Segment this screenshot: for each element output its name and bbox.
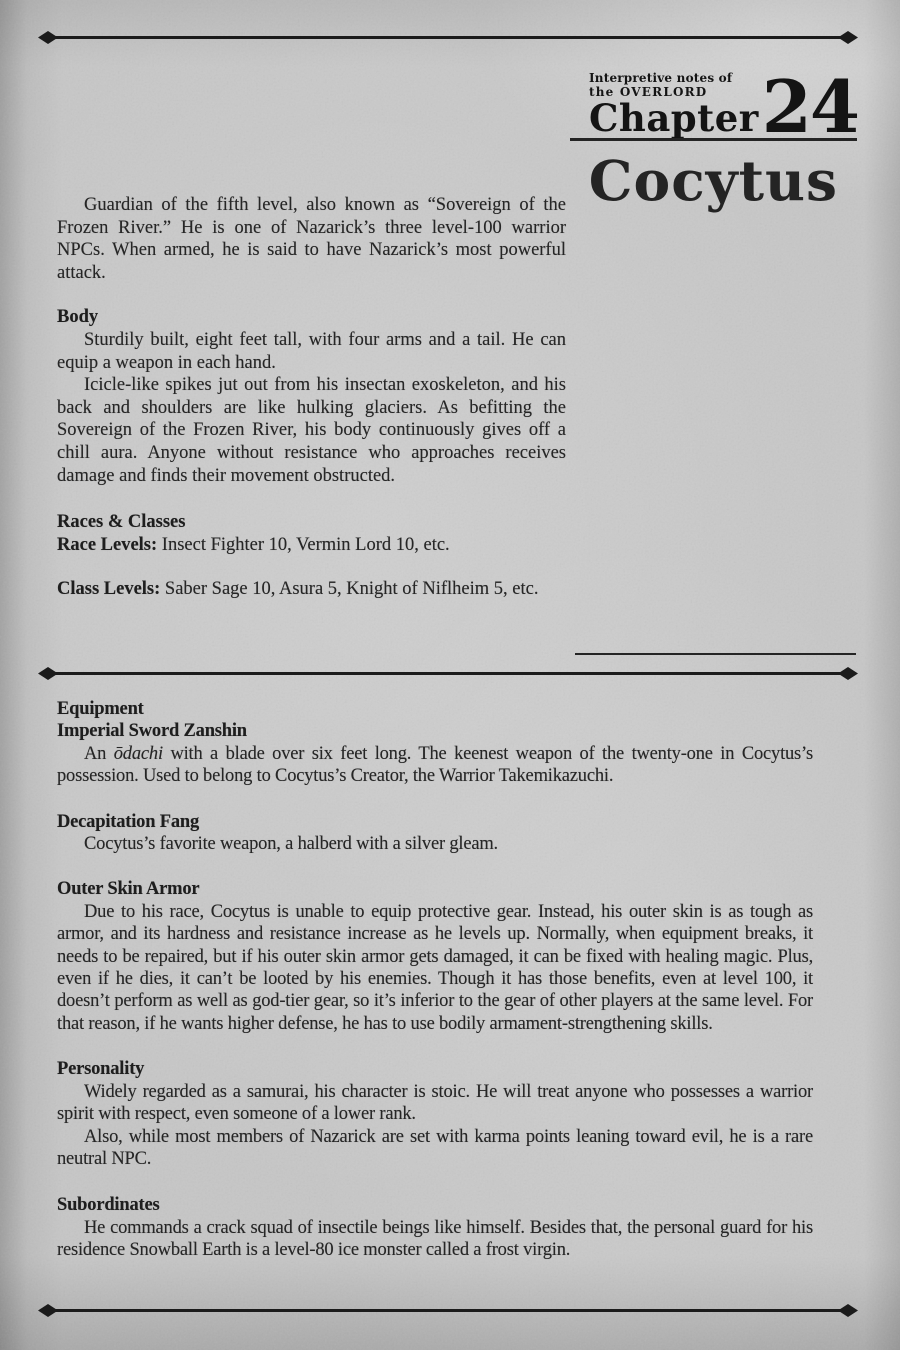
class-levels-value: Saber Sage 10, Asura 5, Knight of Niflhe…	[165, 579, 539, 599]
zanshin-rest: with a blade over six feet long. The kee…	[57, 744, 813, 786]
race-levels-value: Insect Fighter 10, Vermin Lord 10, etc.	[162, 535, 450, 555]
chapter-header: Interpretive notes of the OVERLORD Chapt…	[589, 72, 858, 137]
header-underline	[570, 138, 857, 141]
diamond-ornament	[38, 1304, 58, 1317]
zanshin-lead: An	[84, 744, 106, 764]
chapter-word: Chapter	[589, 100, 759, 137]
book-page: Interpretive notes of the OVERLORD Chapt…	[0, 0, 900, 1350]
diamond-ornament	[838, 1304, 858, 1317]
top-ornament-rule	[38, 31, 858, 44]
section-heading-equipment: Equipment	[57, 698, 813, 720]
personality-paragraph-2: Also, while most members of Nazarick are…	[57, 1126, 813, 1171]
bottom-ornament-rule	[38, 1304, 858, 1317]
diamond-ornament	[838, 667, 858, 680]
rule-line	[55, 672, 841, 675]
diamond-ornament	[38, 667, 58, 680]
body-paragraph-2: Icicle-like spikes jut out from his inse…	[57, 374, 566, 487]
personality-paragraph-1: Widely regarded as a samurai, his charac…	[57, 1081, 813, 1126]
zanshin-paragraph: An ōdachi with a blade over six feet lon…	[57, 743, 813, 788]
item-heading-zanshin: Imperial Sword Zanshin	[57, 720, 813, 742]
subordinates-paragraph: He commands a crack squad of insectile b…	[57, 1217, 813, 1262]
item-heading-fang: Decapitation Fang	[57, 811, 813, 833]
race-levels-line: Race Levels: Insect Fighter 10, Vermin L…	[57, 534, 566, 557]
series-kicker-line1: Interpretive notes of	[589, 72, 759, 86]
section-heading-body: Body	[57, 306, 566, 329]
item-heading-outer-skin: Outer Skin Armor	[57, 878, 813, 900]
rule-line	[55, 1309, 841, 1312]
body-paragraph-1: Sturdily built, eight feet tall, with fo…	[57, 329, 566, 374]
outer-skin-paragraph: Due to his race, Cocytus is unable to eq…	[57, 901, 813, 1035]
race-levels-label: Race Levels:	[57, 535, 157, 555]
rule-line	[55, 36, 841, 39]
chapter-header-left: Interpretive notes of the OVERLORD Chapt…	[589, 72, 759, 137]
pre-divider-line	[575, 653, 856, 655]
diamond-ornament	[838, 31, 858, 44]
zanshin-italic-term: ōdachi	[114, 744, 163, 764]
upper-column: Guardian of the fifth level, also known …	[57, 194, 566, 601]
fang-paragraph: Cocytus’s favorite weapon, a halberd wit…	[57, 833, 813, 855]
class-levels-line: Class Levels: Saber Sage 10, Asura 5, Kn…	[57, 578, 566, 601]
class-levels-label: Class Levels:	[57, 579, 160, 599]
section-heading-personality: Personality	[57, 1058, 813, 1080]
section-heading-subordinates: Subordinates	[57, 1194, 813, 1216]
section-divider-rule	[38, 667, 858, 680]
chapter-number: 24	[762, 77, 858, 137]
diamond-ornament	[38, 31, 58, 44]
lower-column: Equipment Imperial Sword Zanshin An ōdac…	[57, 698, 813, 1262]
page-title: Cocytus	[589, 152, 838, 210]
intro-paragraph: Guardian of the fifth level, also known …	[57, 194, 566, 284]
section-heading-races: Races & Classes	[57, 511, 566, 534]
